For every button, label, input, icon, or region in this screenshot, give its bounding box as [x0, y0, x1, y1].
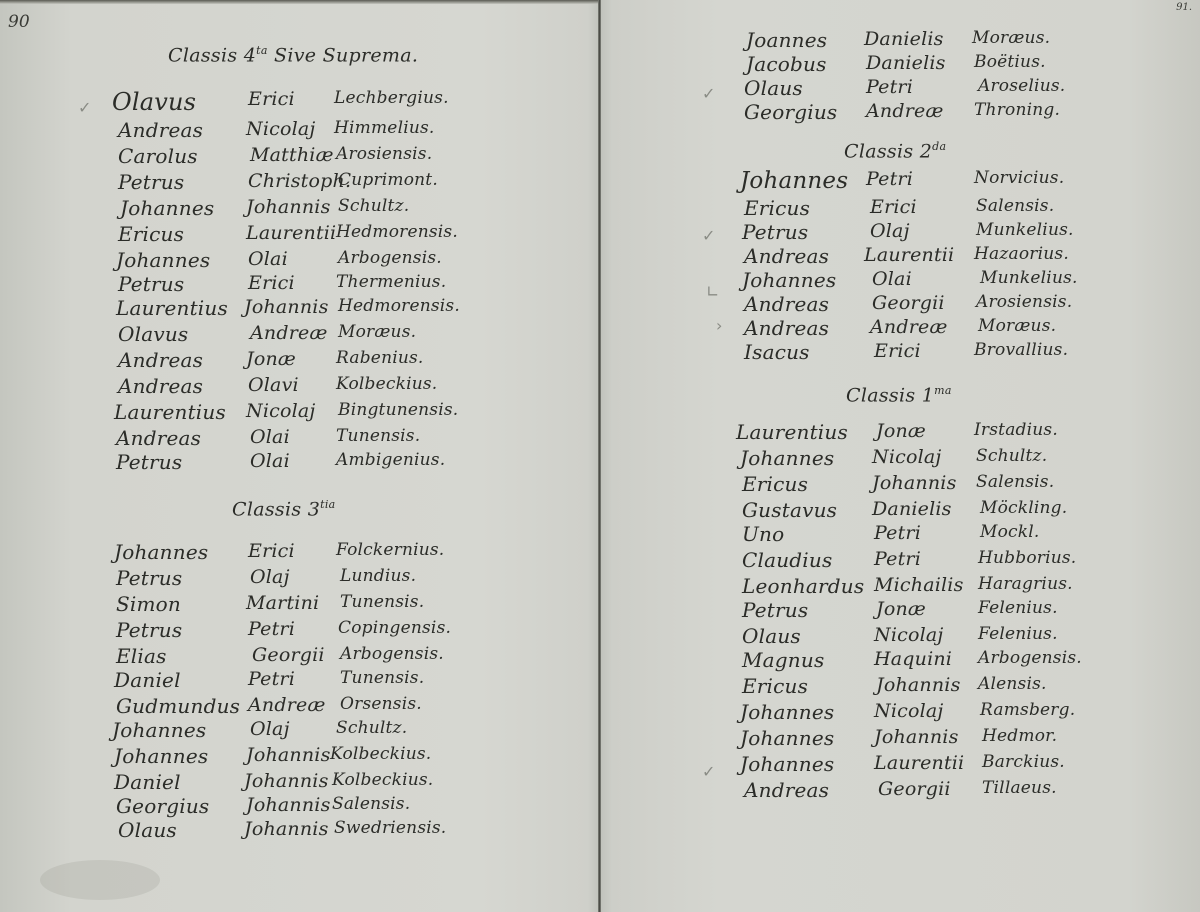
first-name: Gustavus	[742, 498, 837, 522]
surname: Tillaeus.	[982, 778, 1057, 798]
patronym: Johannis	[874, 726, 959, 748]
patronym: Olai	[872, 268, 912, 290]
patronym: Petri	[866, 76, 913, 98]
first-name: Johannes	[120, 196, 214, 220]
surname: Tunensis.	[340, 592, 424, 612]
patronym: Olavi	[248, 374, 299, 396]
surname: Rabenius.	[336, 348, 424, 368]
patronym: Olai	[248, 248, 288, 270]
first-name: Johannes	[740, 726, 834, 750]
first-name: Daniel	[114, 770, 181, 794]
first-name: Leonhardus	[742, 574, 864, 598]
first-name: Johannes	[116, 248, 210, 272]
patronym: Jonæ	[246, 348, 296, 370]
surname: Kolbeckius.	[330, 744, 431, 764]
patronym: Olaj	[870, 220, 910, 242]
patronym: Andreæ	[870, 316, 948, 338]
surname: Ambigenius.	[336, 450, 445, 470]
first-name: Laurentius	[736, 420, 848, 444]
surname: Aroselius.	[978, 76, 1065, 96]
first-name: Laurentius	[114, 400, 226, 424]
first-name: Ericus	[744, 196, 810, 220]
surname: Himmelius.	[334, 118, 435, 138]
patronym: Laurentii	[864, 244, 954, 266]
first-name: Ericus	[742, 472, 808, 496]
heading-text: Classis 1	[846, 384, 934, 406]
surname: Hubborius.	[978, 548, 1076, 568]
patronym: Martini	[246, 592, 319, 614]
surname: Hazaorius.	[974, 244, 1069, 264]
patronym: Andreæ	[866, 100, 944, 122]
first-name: Andreas	[744, 778, 829, 802]
first-name: Johannes	[742, 268, 836, 292]
patronym: Nicolaj	[872, 446, 941, 468]
patronym: Johannis	[246, 196, 331, 218]
surname: Arosiensis.	[336, 144, 432, 164]
patronym: Erici	[870, 196, 917, 218]
surname: Barckius.	[982, 752, 1065, 772]
surname: Salensis.	[332, 794, 410, 814]
first-name: Olaus	[744, 76, 803, 100]
left-page: 90 ✓ Classis 4ta Sive Suprema. OlavusEri…	[0, 0, 600, 912]
first-name: Isacus	[744, 340, 810, 364]
first-name: Olaus	[118, 818, 177, 842]
surname: Hedmor.	[982, 726, 1057, 746]
patronym: Danielis	[872, 498, 952, 520]
patronym: Olaj	[250, 718, 290, 740]
first-name: Petrus	[116, 618, 182, 642]
first-name: Olavus	[112, 88, 196, 116]
first-name: Petrus	[116, 566, 182, 590]
first-name: Petrus	[118, 272, 184, 296]
heading-ordinal: da	[932, 140, 946, 153]
patronym: Danielis	[866, 52, 946, 74]
patronym: Andreæ	[250, 322, 328, 344]
surname: Hedmorensis.	[338, 296, 460, 316]
surname: Lechbergius.	[334, 88, 449, 108]
patronym: Petri	[874, 522, 921, 544]
first-name: Jacobus	[746, 52, 827, 76]
surname: Felenius.	[978, 598, 1058, 618]
surname: Bingtunensis.	[338, 400, 458, 420]
surname: Kolbeckius.	[336, 374, 437, 394]
first-name: Petrus	[118, 170, 184, 194]
patronym: Michailis	[874, 574, 964, 596]
patronym: Matthiæ	[250, 144, 334, 166]
check-mark-icon: ✓	[702, 226, 715, 245]
page-number-left: 90	[8, 12, 30, 32]
patronym: Olai	[250, 426, 290, 448]
patronym: Erici	[248, 272, 295, 294]
first-name: Olaus	[742, 624, 801, 648]
paper-stain	[40, 860, 160, 900]
first-name: Johannes	[114, 540, 208, 564]
first-name: Ericus	[742, 674, 808, 698]
surname: Ramsberg.	[980, 700, 1075, 720]
tick-mark-icon: ›	[716, 316, 722, 335]
check-mark-icon: ✓	[702, 84, 715, 103]
patronym: Georgii	[252, 644, 325, 666]
manuscript-spread: 90 ✓ Classis 4ta Sive Suprema. OlavusEri…	[0, 0, 1200, 912]
first-name: Georgius	[116, 794, 209, 818]
patronym: Jonæ	[876, 598, 926, 620]
surname: Hedmorensis.	[336, 222, 458, 242]
heading-suffix: Sive Suprema.	[268, 44, 418, 66]
patronym: Georgii	[878, 778, 951, 800]
surname: Arbogensis.	[338, 248, 442, 268]
first-name: Simon	[116, 592, 181, 616]
first-name: Ericus	[118, 222, 184, 246]
surname: Alensis.	[978, 674, 1047, 694]
first-name: Laurentius	[116, 296, 228, 320]
first-name: Petrus	[116, 450, 182, 474]
patronym: Johannis	[246, 794, 331, 816]
check-mark-icon: ✓	[78, 98, 91, 117]
heading-ordinal: ta	[256, 44, 268, 57]
check-mark-icon: ✓	[702, 762, 715, 781]
surname: Tunensis.	[336, 426, 420, 446]
patronym: Johannis	[244, 770, 329, 792]
patronym: Nicolaj	[246, 118, 315, 140]
patronym: Erici	[874, 340, 921, 362]
surname: Kolbeckius.	[332, 770, 433, 790]
surname: Lundius.	[340, 566, 416, 586]
first-name: Johannes	[114, 744, 208, 768]
surname: Brovallius.	[974, 340, 1068, 360]
surname: Moræus.	[338, 322, 416, 342]
surname: Schultz.	[976, 446, 1047, 466]
surname: Moræus.	[978, 316, 1056, 336]
corner-mark-icon: ∟	[706, 282, 719, 301]
patronym: Danielis	[864, 28, 944, 50]
first-name: Johannes	[740, 752, 834, 776]
surname: Möckling.	[980, 498, 1067, 518]
first-name: Andreas	[116, 426, 201, 450]
first-name: Petrus	[742, 220, 808, 244]
surname: Haragrius.	[978, 574, 1073, 594]
patronym: Georgii	[872, 292, 945, 314]
patronym: Johannis	[244, 296, 329, 318]
patronym: Johannis	[244, 818, 329, 840]
book-gutter	[598, 0, 601, 912]
patronym: Erici	[248, 88, 295, 110]
first-name: Andreas	[118, 348, 203, 372]
patronym: Olai	[250, 450, 290, 472]
patronym: Laurentii	[874, 752, 964, 774]
first-name: Johannes	[740, 700, 834, 724]
patronym: Johannis	[876, 674, 961, 696]
patronym: Olaj	[250, 566, 290, 588]
class-heading-4: Classis 4ta Sive Suprema.	[168, 44, 418, 66]
patronym: Andreæ	[248, 694, 326, 716]
patronym: Jonæ	[876, 420, 926, 442]
page-number-right: 91.	[1176, 2, 1192, 13]
patronym: Laurentii	[246, 222, 336, 244]
first-name: Gudmundus	[116, 694, 240, 718]
surname: Schultz.	[336, 718, 407, 738]
first-name: Andreas	[744, 292, 829, 316]
surname: Mockl.	[980, 522, 1040, 542]
first-name: Johannes	[112, 718, 206, 742]
first-name: Uno	[742, 522, 784, 546]
surname: Tunensis.	[340, 668, 424, 688]
first-name: Joannes	[746, 28, 827, 52]
patronym: Petri	[866, 168, 913, 190]
surname: Salensis.	[976, 472, 1054, 492]
patronym: Petri	[874, 548, 921, 570]
patronym: Johannis	[872, 472, 957, 494]
patronym: Christoph.	[248, 170, 351, 192]
first-name: Claudius	[742, 548, 832, 572]
surname: Irstadius.	[974, 420, 1058, 440]
first-name: Olavus	[118, 322, 188, 346]
surname: Cuprimont.	[338, 170, 438, 190]
patronym: Nicolaj	[874, 700, 943, 722]
heading-ordinal: tia	[320, 498, 335, 511]
heading-ordinal: ma	[934, 384, 952, 397]
surname: Orsensis.	[340, 694, 422, 714]
heading-text: Classis 2	[844, 140, 932, 162]
surname: Norvicius.	[974, 168, 1064, 188]
surname: Folckernius.	[336, 540, 444, 560]
surname: Arbogensis.	[340, 644, 444, 664]
surname: Munkelius.	[976, 220, 1074, 240]
surname: Moræus.	[972, 28, 1050, 48]
patronym: Petri	[248, 618, 295, 640]
class-heading-3: Classis 3tia	[232, 498, 336, 520]
first-name: Johannes	[740, 446, 834, 470]
first-name: Andreas	[744, 244, 829, 268]
patronym: Nicolaj	[874, 624, 943, 646]
first-name: Petrus	[742, 598, 808, 622]
heading-text: Classis 4	[168, 44, 256, 66]
surname: Felenius.	[978, 624, 1058, 644]
first-name: Elias	[116, 644, 167, 668]
class-heading-1: Classis 1ma	[846, 384, 952, 406]
surname: Arosiensis.	[976, 292, 1072, 312]
surname: Schultz.	[338, 196, 409, 216]
patronym: Petri	[248, 668, 295, 690]
patronym: Johannis	[246, 744, 331, 766]
patronym: Erici	[248, 540, 295, 562]
surname: Throning.	[974, 100, 1060, 120]
surname: Swedriensis.	[334, 818, 446, 838]
first-name: Andreas	[118, 374, 203, 398]
surname: Salensis.	[976, 196, 1054, 216]
first-name: Johannes	[740, 168, 848, 194]
right-page: 91. ✓ ✓ ∟ › ✓ JoannesDanielisMoræus. Jac…	[602, 0, 1200, 912]
surname: Munkelius.	[980, 268, 1078, 288]
first-name: Andreas	[118, 118, 203, 142]
patronym: Nicolaj	[246, 400, 315, 422]
patronym: Haquini	[874, 648, 952, 670]
surname: Thermenius.	[336, 272, 446, 292]
heading-text: Classis 3	[232, 498, 320, 520]
class-heading-2: Classis 2da	[844, 140, 946, 162]
surname: Copingensis.	[338, 618, 451, 638]
surname: Boëtius.	[974, 52, 1046, 72]
first-name: Andreas	[744, 316, 829, 340]
first-name: Carolus	[118, 144, 198, 168]
first-name: Daniel	[114, 668, 181, 692]
first-name: Magnus	[742, 648, 824, 672]
first-name: Georgius	[744, 100, 837, 124]
surname: Arbogensis.	[978, 648, 1082, 668]
